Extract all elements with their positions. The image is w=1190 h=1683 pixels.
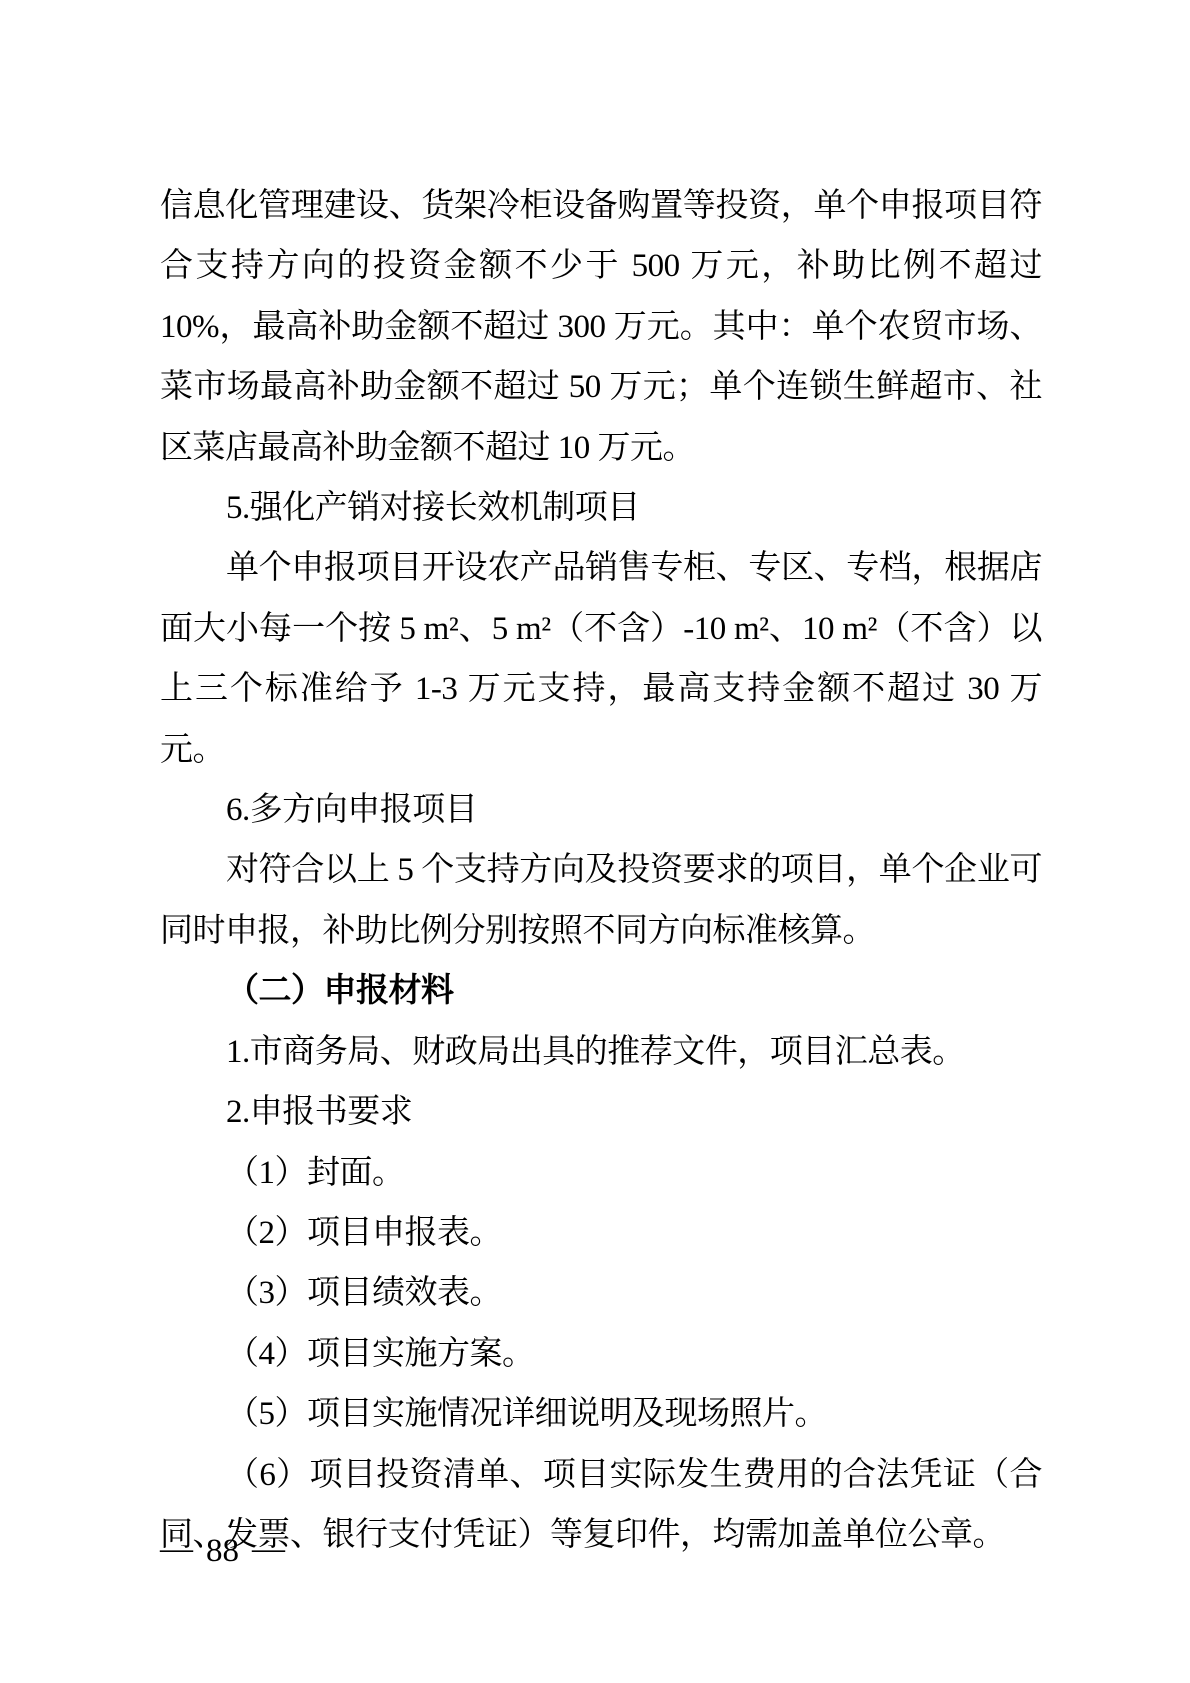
list-item-2: 2.申报书要求 xyxy=(160,1082,1042,1142)
document-body: 信息化管理建设、货架冷柜设备购置等投资，单个申报项目符合支持方向的投资金额不少于… xyxy=(160,176,1042,1565)
list-item-1: 1.市商务局、财政局出具的推荐文件，项目汇总表。 xyxy=(160,1022,1042,1082)
footer-dash-right: — xyxy=(252,1531,285,1567)
list-item-6-title: 6.多方向申报项目 xyxy=(160,780,1042,840)
sub-item-1: （1）封面。 xyxy=(160,1143,1042,1203)
paragraph: 单个申报项目开设农产品销售专柜、专区、专档，根据店面大小每一个按 5 m²、5 … xyxy=(160,538,1042,780)
paragraph-continuation: 信息化管理建设、货架冷柜设备购置等投资，单个申报项目符合支持方向的投资金额不少于… xyxy=(160,176,1042,478)
sub-item-4: （4）项目实施方案。 xyxy=(160,1324,1042,1384)
sub-item-3: （3）项目绩效表。 xyxy=(160,1263,1042,1323)
sub-item-5: （5）项目实施情况详细说明及现场照片。 xyxy=(160,1384,1042,1444)
section-heading: （二）申报材料 xyxy=(160,961,1042,1021)
page-footer: — 88 — xyxy=(160,1533,285,1569)
footer-dash-left: — xyxy=(160,1531,193,1567)
list-item-5-title: 5.强化产销对接长效机制项目 xyxy=(160,478,1042,538)
sub-item-2: （2）项目申报表。 xyxy=(160,1203,1042,1263)
paragraph: 对符合以上 5 个支持方向及投资要求的项目，单个企业可同时申报，补助比例分别按照… xyxy=(160,840,1042,961)
page-number: 88 xyxy=(206,1533,239,1569)
document-page: 信息化管理建设、货架冷柜设备购置等投资，单个申报项目符合支持方向的投资金额不少于… xyxy=(0,0,1190,1683)
sub-item-6: （6）项目投资清单、项目实际发生费用的合法凭证（合同、发票、银行支付凭证）等复印… xyxy=(160,1445,1042,1566)
